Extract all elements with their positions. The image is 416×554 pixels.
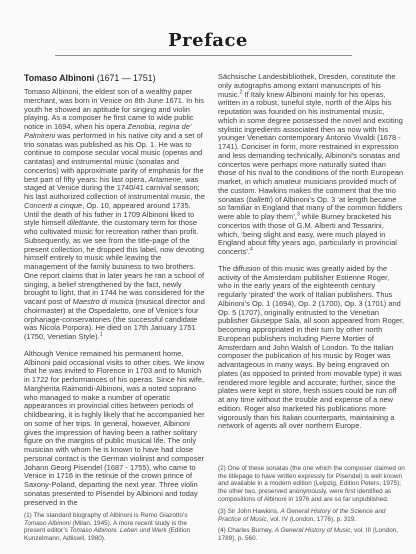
footnote-2: (2) One of these sonatas (the one which …: [218, 465, 405, 504]
footnote-1: (1) The standard biography of Albinoni i…: [24, 512, 205, 543]
paragraph-biography-1: Tomaso Albinoni, the eldest son of a wea…: [24, 88, 205, 342]
paragraph-reputation: Sächsische Landesbibliothek, Dresden, co…: [218, 73, 405, 257]
composer-heading: Tomaso Albinoni (1671 — 1751): [24, 73, 205, 83]
paragraph-biography-2: Although Venice remained his permanent h…: [24, 350, 205, 508]
column-right: Sächsische Landesbibliothek, Dresden, co…: [218, 73, 405, 543]
paragraph-publishing: The diffusion of this music was greatly …: [218, 265, 405, 431]
footnotes-left: (1) The standard biography of Albinoni i…: [24, 512, 205, 543]
footnote-3: (3) Sir John Hawkins, A General History …: [218, 508, 405, 524]
page-title: Preface: [0, 31, 416, 51]
two-column-layout: Tomaso Albinoni (1671 — 1751) Tomaso Alb…: [24, 73, 405, 543]
footnotes-right: (2) One of these sonatas (the one which …: [218, 465, 405, 543]
footnote-4: (4) Charles Burney, A General History of…: [218, 527, 405, 543]
column-left: Tomaso Albinoni (1671 — 1751) Tomaso Alb…: [24, 73, 205, 543]
preface-page: Preface Tomaso Albinoni (1671 — 1751) To…: [0, 0, 416, 554]
title-rule: [55, 55, 352, 56]
